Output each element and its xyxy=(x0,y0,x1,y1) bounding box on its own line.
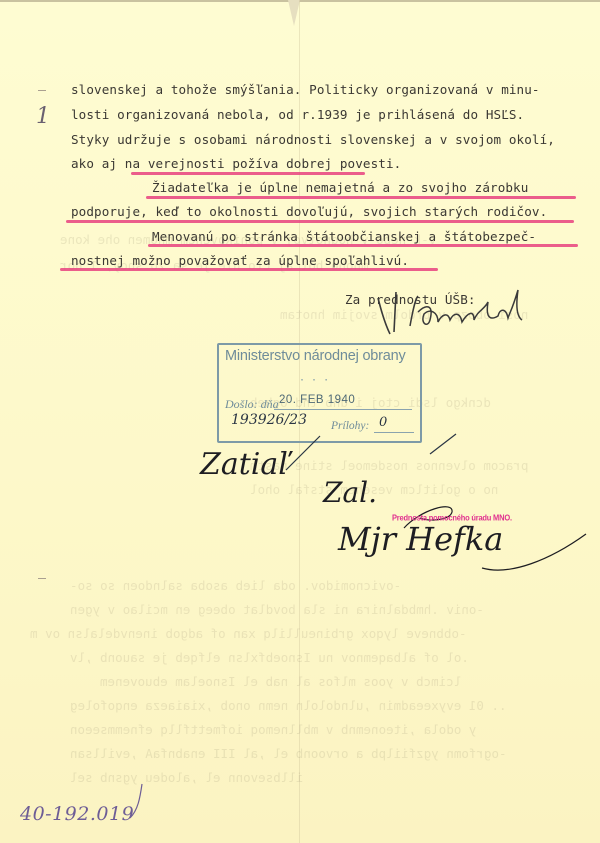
bleed-through-text: -ovicnomidov. oda lieb asoba salndoen so… xyxy=(70,578,401,593)
highlight-underline xyxy=(66,220,574,223)
pen-stroke-icon xyxy=(126,782,146,822)
highlight-underline xyxy=(131,172,365,175)
pen-stroke-icon xyxy=(280,414,460,474)
document-text-line: nostnej možno považovať za úplne spoľahl… xyxy=(71,253,409,268)
document-text-line: podporuje, keď to okolnosti dovoľujú, sv… xyxy=(71,204,547,219)
stamp-title: Ministerstvo národnej obrany xyxy=(225,348,406,364)
stamp-dots: · · · xyxy=(299,375,329,386)
highlight-underline xyxy=(60,268,438,271)
document-text-line: ako aj na verejnosti požíva dobrej poves… xyxy=(71,156,401,171)
document-text-line: Styky udržuje s osobami národnosti slove… xyxy=(71,132,555,147)
bleed-through-text: -obbneve lyqox grbineullilq xan of adgob… xyxy=(30,626,467,641)
stamp-rule xyxy=(274,409,412,410)
bleed-through-text: lcimcb v yoos mlfos al nab el Isnoelam e… xyxy=(100,674,461,689)
highlight-underline xyxy=(148,244,578,247)
document-text-line: losti organizovaná nebola, od r.1939 je … xyxy=(71,107,524,122)
highlight-underline xyxy=(146,196,576,199)
bleed-through-text: -oniv .hmbdalnira ni sla bovdlat obeeg e… xyxy=(70,602,484,617)
archive-number: 40-192.019 xyxy=(20,803,134,825)
signature-flourish-icon xyxy=(480,530,590,580)
handwritten-note-zatial: Zatiaľ xyxy=(200,447,290,482)
margin-dash xyxy=(38,90,46,91)
stamp-received-label: Došlo: dňa xyxy=(225,397,279,412)
bleed-through-text: .. 01 evyxeeadmin ,ulndololn nemn onob ,… xyxy=(70,698,507,713)
margin-dash xyxy=(38,578,46,579)
signature-komandel-icon xyxy=(360,284,580,340)
stamp-received-date: 20. FEB 1940 xyxy=(279,394,355,406)
bleed-through-text: .ol of albaqemnov nu Isnoebfxlsn elfqeb … xyxy=(70,650,469,665)
bleed-through-text: illbsevonn el ,alodeu ygsnb sel xyxy=(70,770,303,785)
bleed-through-text: y odola ,iteonemnb v mbllnemoq iofmettfl… xyxy=(70,722,476,737)
page-top-edge xyxy=(0,0,600,2)
document-text-line: Menovanú po stránka štátoobčianskej a št… xyxy=(152,229,536,244)
margin-annotation: 1 xyxy=(36,104,50,129)
handwritten-note-zal: Zal. xyxy=(323,476,377,509)
handwritten-signature-hefka: Mjr Hefka xyxy=(338,520,503,558)
document-text-line: slovenskej a tohože smýšľania. Politicky… xyxy=(71,82,540,97)
document-text-line: Žiadateľka je úplne nemajetná a zo svojh… xyxy=(152,180,528,195)
document-page: v-k nebo v hodnotvoj v ponikovenem mnome… xyxy=(0,0,600,843)
bleed-through-text: -ogrfomn ygzfiilpb a orvoonb el ,al III … xyxy=(70,746,507,761)
